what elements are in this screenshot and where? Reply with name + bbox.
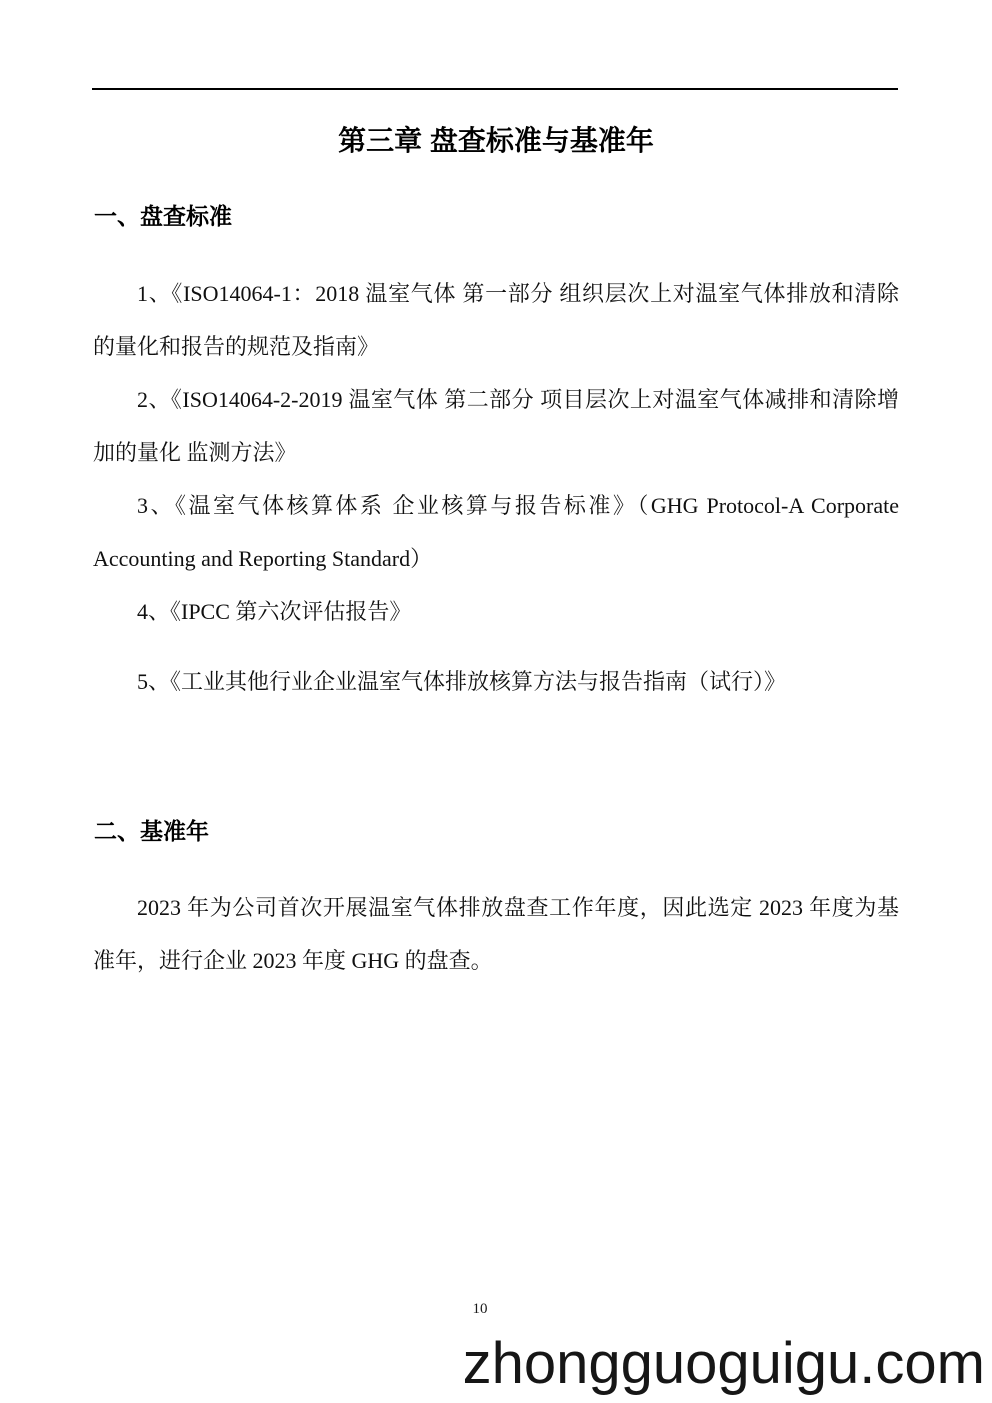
standards-list: 1、《ISO14064-1：2018 温室气体 第一部分 组织层次上对温室气体排…	[93, 267, 899, 708]
list-item-2: 2、《ISO14064-2-2019 温室气体 第二部分 项目层次上对温室气体减…	[93, 373, 899, 479]
chapter-title: 第三章 盘查标准与基准年	[0, 124, 992, 158]
list-item-4: 4、《IPCC 第六次评估报告》	[93, 585, 899, 638]
section-heading-standards: 一、盘查标准	[94, 201, 232, 231]
section-heading-base-year: 二、基准年	[94, 816, 209, 846]
list-item-3: 3、《温室气体核算体系 企业核算与报告标准》（GHG Protocol-A Co…	[93, 479, 899, 585]
page-number: 10	[0, 1300, 960, 1318]
list-item-1: 1、《ISO14064-1：2018 温室气体 第一部分 组织层次上对温室气体排…	[93, 267, 899, 373]
document-page: 第三章 盘查标准与基准年 一、盘查标准 1、《ISO14064-1：2018 温…	[0, 0, 992, 1403]
watermark: zhongguoguigu.com	[463, 1331, 985, 1397]
list-item-5: 5、《工业其他行业企业温室气体排放核算方法与报告指南（试行）》	[93, 655, 899, 708]
header-rule	[92, 88, 898, 90]
base-year-paragraph: 2023 年为公司首次开展温室气体排放盘查工作年度，因此选定 2023 年度为基…	[93, 881, 899, 987]
